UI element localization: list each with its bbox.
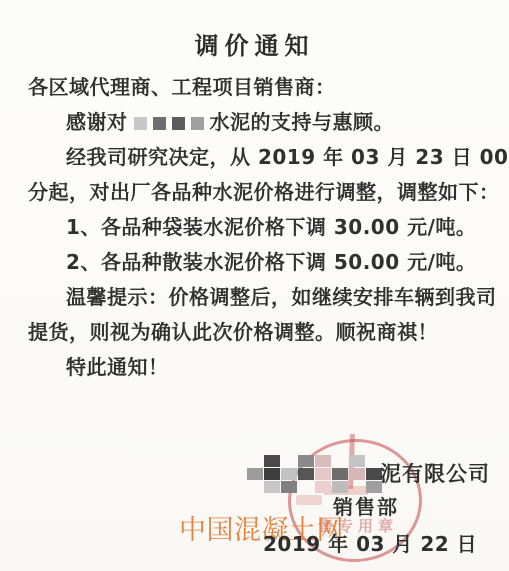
thanks-line-prefix: 感谢对 (66, 110, 128, 134)
item-1-bagged-cement: 1、各品种袋装水泥价格下调 30.00 元/吨。 (28, 210, 501, 245)
salutation-line: 各区域代理商、工程项目销售商： (28, 70, 501, 105)
document-title: 调价通知 (0, 26, 509, 61)
company-seal-faint-mark (296, 495, 322, 505)
closing-line: 特此通知！ (28, 350, 501, 385)
notice-document: 调价通知 各区域代理商、工程项目销售商： 感谢对水泥的支持与惠顾。 经我司研究决… (0, 0, 509, 571)
signature-date: 2019 年 03 月 22 日 (263, 528, 477, 557)
signature-department: 销售部 (333, 491, 399, 520)
notice-body: 各区域代理商、工程项目销售商： 感谢对水泥的支持与惠顾。 经我司研究决定，从 2… (28, 70, 501, 385)
reminder-line: 温馨提示：价格调整后，如继续安排车辆到我司 (28, 280, 501, 315)
redacted-company-name (247, 455, 382, 493)
item-2-bulk-cement: 2、各品种散装水泥价格下调 50.00 元/吨。 (28, 245, 501, 280)
reminder-line-continued: 提货，则视为确认此次价格调整。顺祝商祺！ (28, 315, 501, 350)
signature-company: 泥有限公司 (380, 458, 490, 488)
thanks-line: 感谢对水泥的支持与惠顾。 (28, 105, 501, 140)
thanks-line-suffix: 水泥的支持与惠顾。 (210, 110, 395, 134)
decision-line: 经我司研究决定，从 2019 年 03 月 23 日 00 时 00 (28, 140, 501, 175)
decision-line-continued: 分起，对出厂各品种水泥价格进行调整，调整如下： (28, 175, 501, 210)
redacted-brand-name (134, 117, 204, 130)
